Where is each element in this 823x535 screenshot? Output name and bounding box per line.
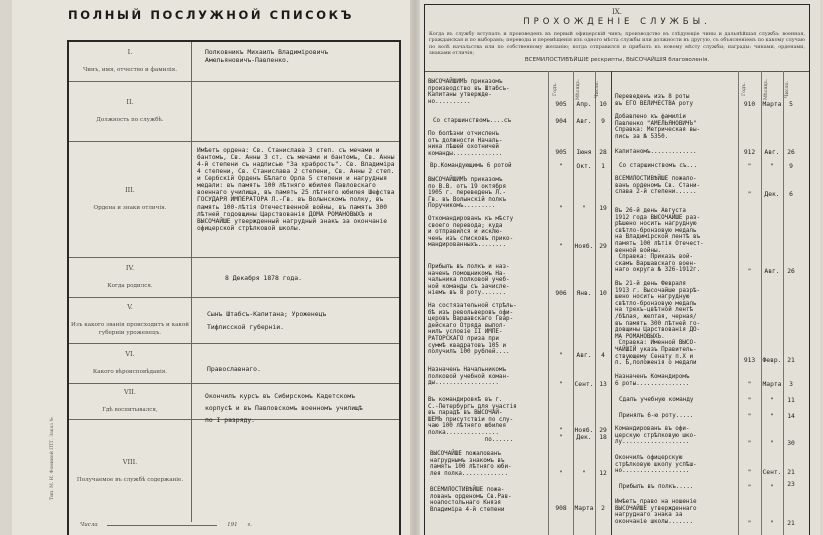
entry-year: " bbox=[738, 520, 761, 527]
entry-day: 9 bbox=[595, 118, 611, 125]
entry-day: 23 bbox=[783, 481, 799, 488]
entry-year: " bbox=[738, 268, 761, 275]
entry-year: " bbox=[738, 469, 761, 476]
entry-year: " bbox=[738, 163, 761, 170]
entry-month: Марта bbox=[573, 505, 595, 512]
entry-month: Марта bbox=[761, 381, 783, 388]
row-education: VII.Гдѣ воспитывался, Окончилъ курсъ въ … bbox=[69, 384, 399, 420]
entry-text: Вр.Командующимъ 6 ротой bbox=[430, 163, 512, 170]
entry-month: Апр. bbox=[573, 101, 595, 108]
entry-day: 9 bbox=[783, 163, 799, 170]
row-number: VI. bbox=[125, 350, 134, 360]
entry-year: 905 bbox=[549, 149, 573, 156]
row-label: Какого вѣроисповѣданія. bbox=[93, 368, 167, 376]
entry-month: " bbox=[761, 397, 783, 404]
row-label: Чинъ, имя, отчество и фамилія. bbox=[83, 66, 177, 74]
entry-text: ВЫСОЧАЙШЕ пожалованъ нагруднымъ знакомъ … bbox=[430, 451, 512, 477]
column-rule bbox=[573, 71, 574, 535]
entry-month: " bbox=[761, 520, 783, 527]
entry-month: Авг. bbox=[761, 268, 783, 275]
row-origin: V.Изъ какого званія происходитъ и какой … bbox=[69, 298, 399, 344]
entry-year: " bbox=[738, 484, 761, 491]
entry-day: 3 bbox=[783, 381, 799, 388]
entry-month: Окт. bbox=[573, 163, 595, 170]
section-title: ПРОХОЖДЕНІЕ СЛУЖБЫ. bbox=[425, 17, 809, 27]
entry-day: 26 bbox=[783, 268, 799, 275]
entry-day: 19 bbox=[595, 205, 611, 212]
entry-year: 913 bbox=[738, 357, 761, 364]
column-rule bbox=[548, 71, 549, 535]
entry-text: Прибылъ въ полкъ и наз- наченъ помощнико… bbox=[428, 264, 510, 297]
entry-text: Въ 26-й день Августа 1912 года ВЫСОЧАЙШЕ… bbox=[615, 208, 704, 274]
row-value bbox=[197, 82, 395, 141]
row-orders-decorations: III.Ордена и знаки отличія. Имѣетъ орден… bbox=[69, 142, 399, 258]
entry-text: Добавлено къ фамиліи Павленко "АМЕЛЬЯНОВ… bbox=[615, 114, 700, 140]
column-rule bbox=[783, 71, 784, 535]
printer-imprint: Тип. М. И. Фоминой ПТГ. Заказ № bbox=[50, 417, 55, 500]
entry-month: Дек. bbox=[761, 191, 783, 198]
entry-month: Сент. bbox=[761, 469, 783, 476]
column-rule bbox=[595, 71, 596, 535]
description-text: Когда въ службу вступалъ и произведенъ в… bbox=[429, 31, 805, 56]
entry-day: 21 bbox=[783, 520, 799, 527]
book-gutter bbox=[410, 0, 420, 535]
entry-text: ВСЕМИЛОСТИВѢЙШЕ пожа- лованъ орденомъ Св… bbox=[430, 487, 512, 513]
row-label: Ордена и знаки отличія. bbox=[94, 204, 167, 212]
row-label: Гдѣ воспитывался, bbox=[102, 406, 157, 414]
entry-day: 29 bbox=[595, 243, 611, 250]
entry-text: ВЫСОЧАЙШИМЪ приказомъ по В.В. отъ 19 окт… bbox=[428, 177, 506, 210]
row-rank-name: I.Чинъ, имя, отчество и фамилія. Полковн… bbox=[69, 42, 399, 82]
entry-year: " bbox=[549, 205, 573, 212]
entry-year: " bbox=[738, 413, 761, 420]
entry-month: Февр. bbox=[761, 357, 783, 364]
row-number: I. bbox=[128, 48, 133, 58]
entry-text: ВСЕМИЛОСТИВѢЙШЕ пожало- ванъ орденомъ Св… bbox=[615, 176, 700, 196]
entry-day: 10 bbox=[595, 290, 611, 297]
entry-text: Со старшинствомъ....съ bbox=[433, 118, 511, 125]
row-value: Сынъ Штабсъ-Капитана; Уроженецъ Тифлисск… bbox=[197, 298, 395, 343]
row-value: Православнаго. bbox=[197, 344, 395, 383]
entry-year: " bbox=[549, 381, 573, 388]
row-value bbox=[197, 420, 395, 522]
entry-text: Въ 21-й день Февраля 1913 г. Высочайше р… bbox=[615, 281, 700, 367]
service-history-frame: IX. ПРОХОЖДЕНІЕ СЛУЖБЫ. Когда въ службу … bbox=[424, 4, 810, 535]
row-birth-date: IV.Когда родился. 8 Декабря 1878 года. bbox=[69, 258, 399, 298]
entry-text: Со старшинствомъ съ... bbox=[619, 163, 697, 170]
entry-year: 910 bbox=[738, 101, 761, 108]
column-header-year: Годъ. bbox=[553, 75, 569, 103]
entry-text: Имѣетъ право на ношеніе ВЫСОЧАЙШЕ утверж… bbox=[615, 499, 697, 525]
header-divider bbox=[425, 71, 809, 72]
entry-text: Назначенъ Командиромъ 6 роты............… bbox=[615, 374, 689, 387]
entry-year: " " bbox=[549, 428, 573, 442]
entry-year: " bbox=[738, 191, 761, 198]
entry-day: 1 bbox=[595, 163, 611, 170]
footer-prefix: Числа bbox=[80, 522, 98, 528]
entry-month: " bbox=[573, 470, 595, 477]
date-footer: Числа 191 г. bbox=[80, 522, 252, 528]
entry-text: Командированъ въ офи- церскую стрѣлковую… bbox=[615, 426, 697, 446]
row-label: Когда родился. bbox=[107, 282, 152, 290]
column-header-day: Число. bbox=[785, 75, 801, 103]
entry-day: 29 18 bbox=[595, 428, 611, 442]
entry-day: 12 bbox=[595, 470, 611, 477]
row-value: 8 Декабря 1878 года. bbox=[197, 258, 395, 297]
entry-day: 21 bbox=[783, 357, 799, 364]
entry-day: 11 bbox=[783, 397, 799, 404]
entry-text: Сдалъ учебную команду bbox=[619, 397, 693, 404]
entry-year: " bbox=[738, 397, 761, 404]
entry-day: 14 bbox=[783, 413, 799, 420]
entry-year: " bbox=[738, 381, 761, 388]
column-header-year: Годъ. bbox=[742, 75, 758, 103]
row-value: Окончилъ курсъ въ Сибирскомъ Кадетскомъ … bbox=[197, 384, 395, 419]
footer-year: 191 bbox=[227, 522, 238, 528]
column-header-day: Число. bbox=[595, 75, 611, 103]
entry-month: " bbox=[761, 163, 783, 170]
entry-text: По болѣзни отчисленъ отъ должности Начал… bbox=[428, 131, 502, 157]
row-religion: VI.Какого вѣроисповѣданія. Православнаго… bbox=[69, 344, 399, 384]
row-position: II.Должность по службѣ. bbox=[69, 82, 399, 142]
entry-month: Нояб. bbox=[573, 243, 595, 250]
entry-text: На состязательной стрѣль- бѣ изъ револьв… bbox=[428, 303, 517, 356]
entry-month: Янв. bbox=[573, 290, 595, 297]
row-value: Имѣетъ ордена: Св. Станислава 3 степ. съ… bbox=[197, 142, 395, 257]
entry-day: 30 bbox=[783, 440, 799, 447]
entry-month: Авг. bbox=[761, 149, 783, 156]
left-page: ПОЛНЫЙ ПОСЛУЖНОЙ СПИСОКЪ Тип. М. И. Фоми… bbox=[12, 0, 410, 535]
entry-month: " bbox=[573, 205, 595, 212]
row-number: VIII. bbox=[123, 458, 137, 468]
entry-day: 6 bbox=[783, 191, 799, 198]
column-rule bbox=[761, 71, 762, 535]
entry-day: 13 bbox=[595, 381, 611, 388]
entry-text: Откомандированъ къ мѣсту своего перевода… bbox=[428, 216, 513, 249]
row-number: VII. bbox=[124, 388, 136, 398]
entry-text: ВЫСОЧАЙШИМЪ приказомъ производство въ Шт… bbox=[428, 79, 510, 105]
row-number: III. bbox=[125, 186, 135, 196]
document-title: ПОЛНЫЙ ПОСЛУЖНОЙ СПИСОКЪ bbox=[12, 8, 410, 22]
section-description: Когда въ службу вступалъ и произведенъ в… bbox=[429, 31, 805, 64]
entry-day: 10 bbox=[595, 101, 611, 108]
row-number: II. bbox=[126, 98, 133, 108]
entry-text: Капитаномъ............. bbox=[615, 149, 697, 156]
entry-day: 5 bbox=[783, 101, 799, 108]
row-number: IV. bbox=[126, 264, 134, 274]
row-label: Получаемое въ службѣ содержаніе. bbox=[77, 476, 183, 484]
entry-day: 26 bbox=[783, 149, 799, 156]
entry-year: 904 bbox=[549, 118, 573, 125]
entry-month: Марта bbox=[761, 101, 783, 108]
row-label: Изъ какого званія происходитъ и какой гу… bbox=[69, 321, 191, 338]
entry-day: 28 bbox=[595, 149, 611, 156]
entry-day: 21 bbox=[783, 469, 799, 476]
entry-month: Авг. bbox=[573, 118, 595, 125]
entry-month: Сент. bbox=[573, 381, 595, 388]
entry-year: 905 bbox=[549, 101, 573, 108]
entry-text: Переведенъ изъ 8 роты въ ЕГО ВЕЛИЧЕСТВА … bbox=[615, 94, 693, 107]
column-header-month: Мѣсяцъ. bbox=[576, 75, 592, 103]
entry-month: " bbox=[761, 413, 783, 420]
row-number: V. bbox=[127, 303, 133, 313]
entry-month: " bbox=[761, 440, 783, 447]
column-rule bbox=[738, 71, 739, 535]
service-record-table: I.Чинъ, имя, отчество и фамилія. Полковн… bbox=[67, 40, 401, 535]
description-caps-line: ВСЕМИЛОСТИВѢЙШІЕ рескрипты, ВЫСОЧАЙШІЯ б… bbox=[429, 57, 805, 64]
entry-year: " bbox=[549, 352, 573, 359]
entry-text: Прибылъ въ полкъ..... bbox=[619, 484, 693, 491]
entry-month: Нояб. Дек. bbox=[573, 428, 595, 442]
entry-text: Принялъ 6-ю роту..... bbox=[619, 413, 693, 420]
entry-day: 2 bbox=[595, 505, 611, 512]
entry-year: 912 bbox=[738, 149, 761, 156]
entry-month: Іюня bbox=[573, 149, 595, 156]
entry-text: Окончилъ офицерскую стрѣлковую школу усп… bbox=[615, 455, 697, 475]
entry-year: 908 bbox=[549, 505, 573, 512]
entry-month: " bbox=[761, 484, 783, 491]
row-value: Полковникъ Михаилъ Владимiровичъ Амельян… bbox=[197, 42, 395, 81]
column-rule bbox=[611, 71, 612, 535]
entry-month: Авг. bbox=[573, 352, 595, 359]
footer-blank-line bbox=[107, 525, 217, 526]
row-salary: VIII.Получаемое въ службѣ содержаніе. bbox=[69, 420, 399, 522]
entry-year: " bbox=[549, 470, 573, 477]
entry-year: " bbox=[549, 163, 573, 170]
entry-year: " bbox=[738, 440, 761, 447]
footer-suffix: г. bbox=[247, 522, 252, 528]
entry-day: 4 bbox=[595, 352, 611, 359]
section-number: IX. bbox=[425, 8, 809, 16]
entry-year: 906 bbox=[549, 290, 573, 297]
column-header-month: Мѣсяцъ. bbox=[764, 75, 780, 103]
entry-text: Въ командировкѣ въ г. С.-Петербургъ для … bbox=[428, 397, 517, 443]
row-label: Должность по службѣ. bbox=[96, 116, 163, 124]
entry-text: Назначенъ Начальникомъ полковой учебной … bbox=[428, 367, 510, 387]
right-page: IX. ПРОХОЖДЕНІЕ СЛУЖБЫ. Когда въ службу … bbox=[420, 0, 820, 535]
entry-year: " bbox=[549, 243, 573, 250]
